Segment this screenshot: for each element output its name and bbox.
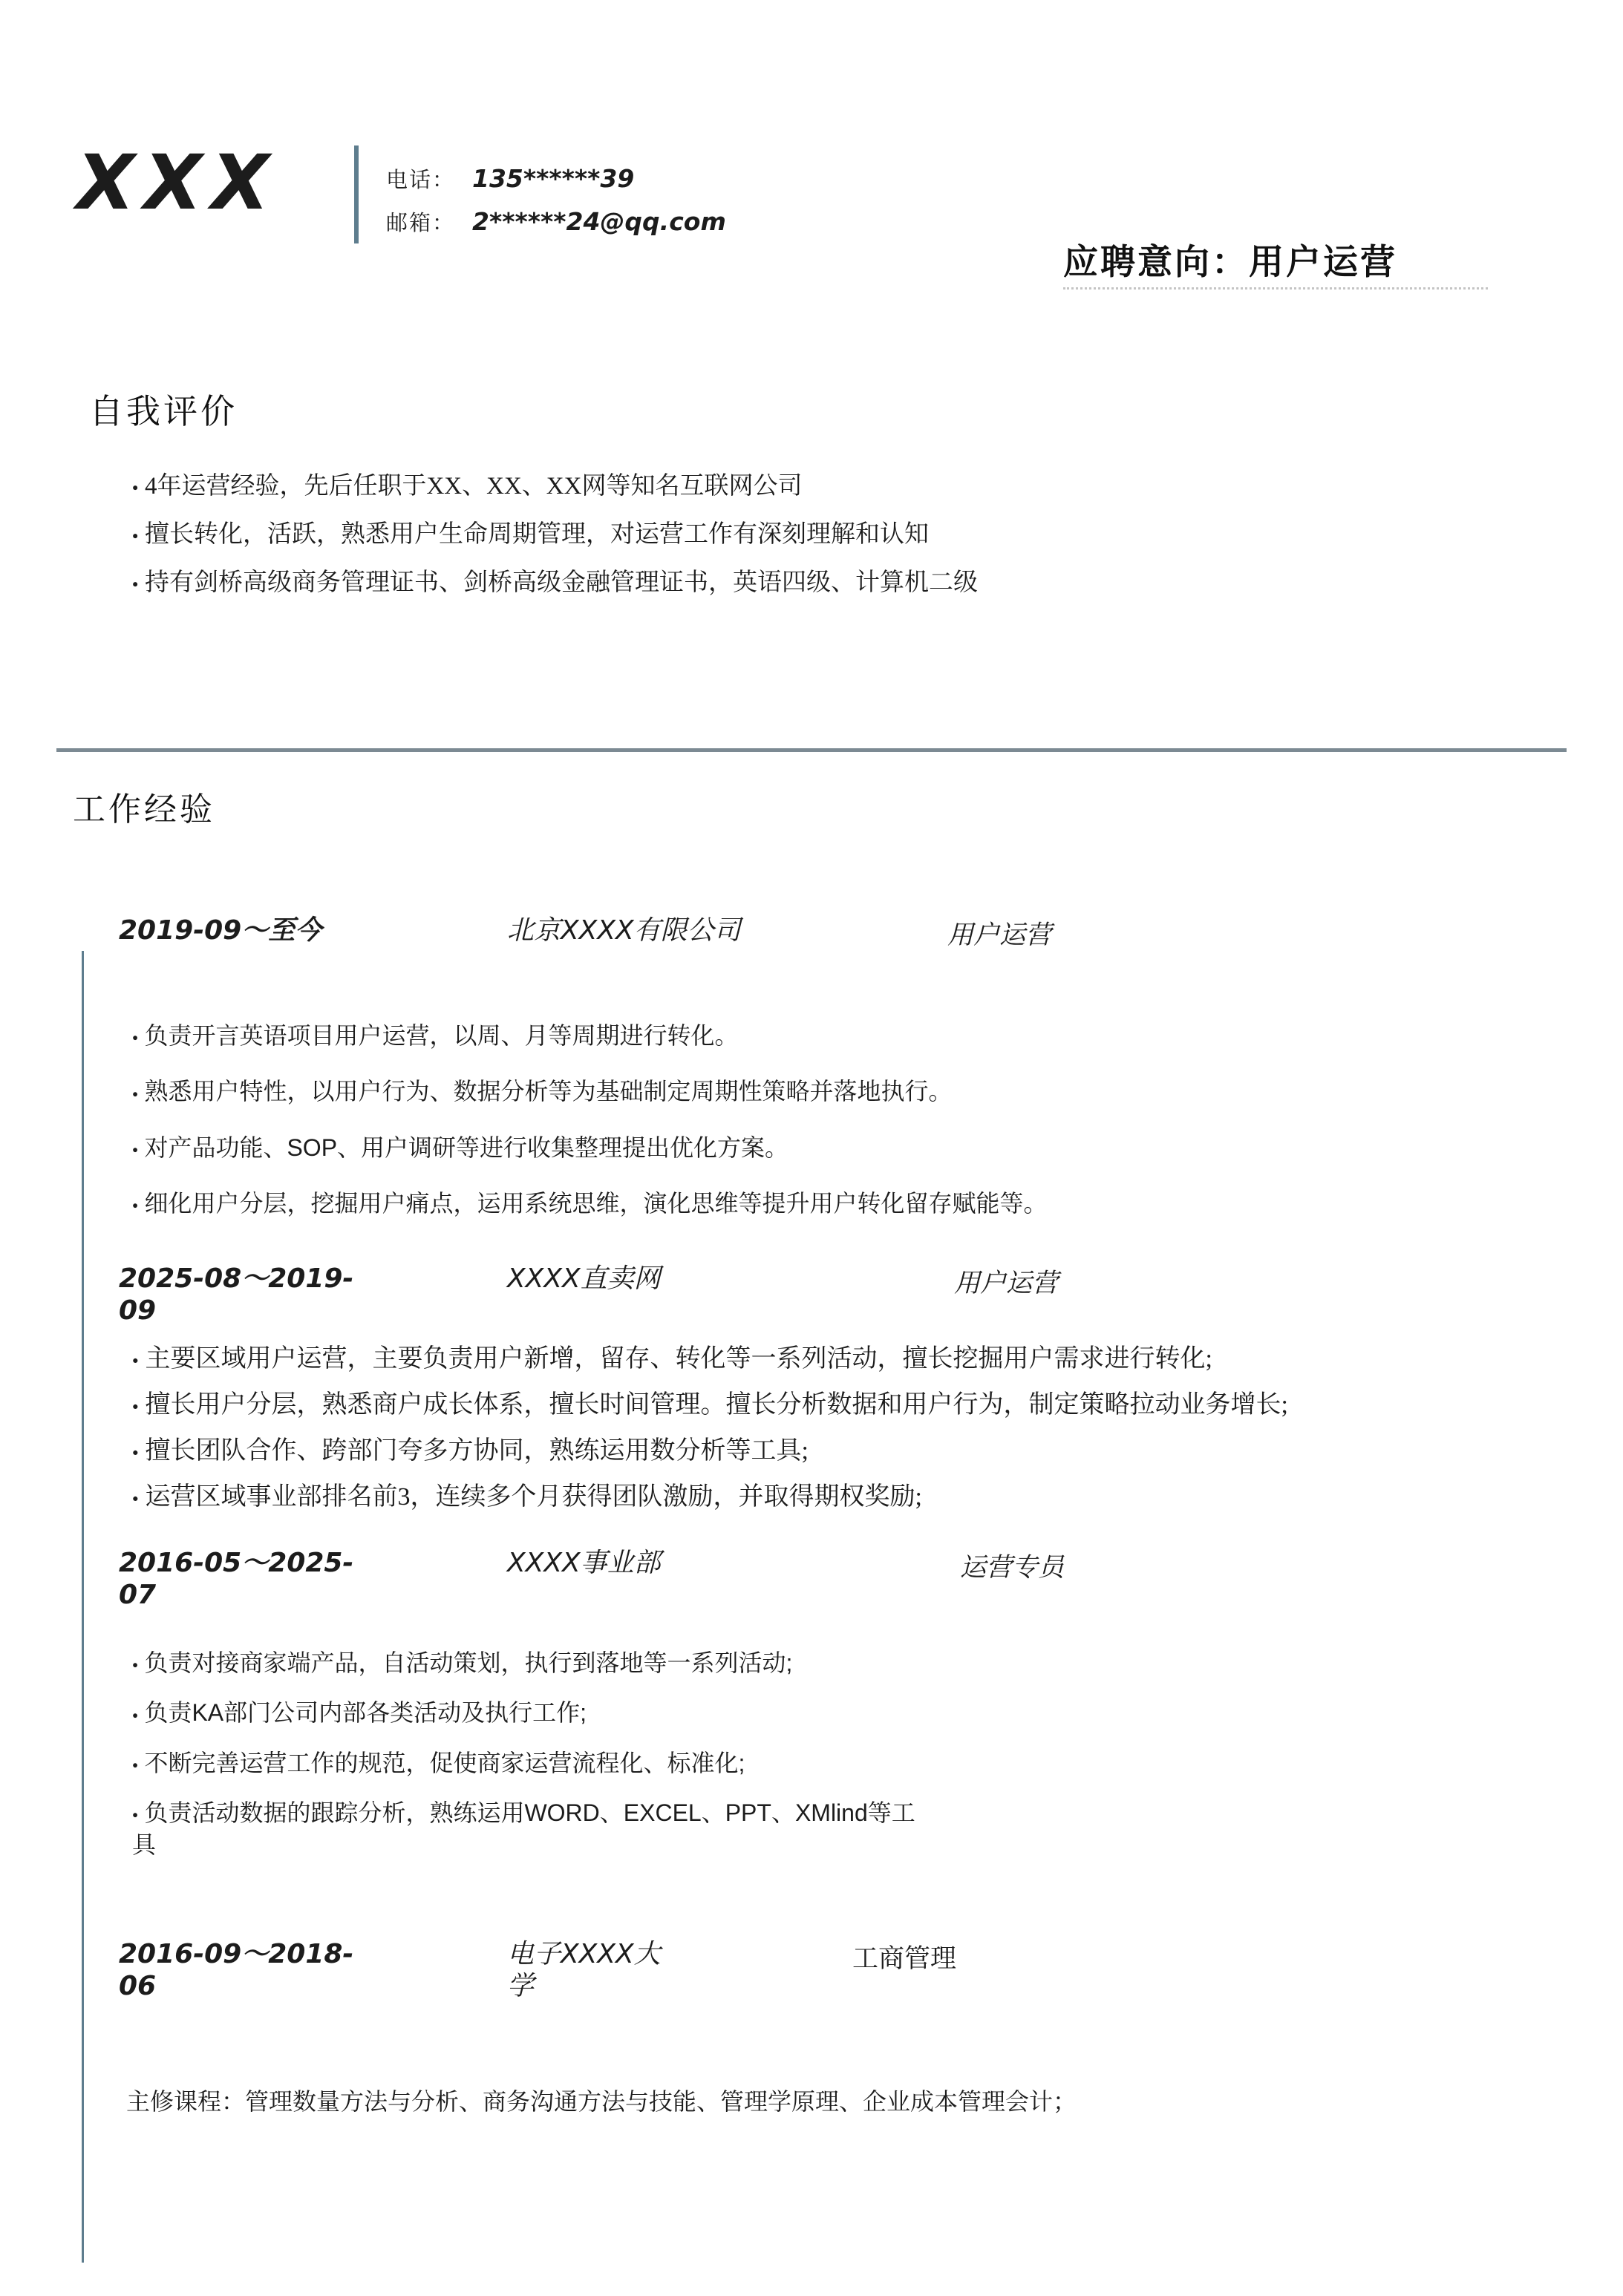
job-intent-underline	[1063, 287, 1488, 290]
education-courses: 主修课程：管理数量方法与分析、商务沟通方法与技能、管理学原理、企业成本管理会计；	[126, 2083, 1463, 2117]
list-item: 负责开言英语项目用户运营，以周、月等周期进行转化。	[132, 1021, 1290, 1053]
list-item: 熟悉用户特性，以用户行为、数据分析等为基础制定周期性策略并落地执行。	[132, 1076, 1290, 1108]
list-item: 负责KA部门公司内部各类活动及执行工作;	[132, 1698, 1290, 1730]
phone-value: 135******39	[472, 164, 634, 193]
education-entry: 2016-09～2018- 06 电子XXXX大 学 工商管理	[0, 1938, 1623, 2012]
self-evaluation-title: 自我评价	[89, 385, 238, 434]
list-item: 4年运营经验，先后任职于XX、XX、XX网等知名互联网公司	[132, 471, 1246, 503]
work-experience-title: 工作经验	[73, 782, 215, 830]
list-item: 擅长团队合作、跨部门夸多方协同，熟练运用数分析等工具;	[132, 1436, 1394, 1468]
education-school: 电子XXXX大 学	[507, 1938, 661, 2002]
job-role: 用户运营	[947, 915, 1051, 952]
email-label: 邮箱：	[386, 206, 472, 237]
education-period: 2016-09～2018- 06	[119, 1938, 353, 2002]
header-vertical-divider	[354, 145, 359, 243]
education-major: 工商管理	[852, 1938, 956, 1975]
email-value: 2******24@qq.com	[472, 207, 726, 236]
list-item: 不断完善运营工作的规范，促使商家运营流程化、标准化;	[132, 1748, 1290, 1780]
job-period: 2016-05～2025- 07	[119, 1547, 353, 1611]
candidate-name: XXX	[76, 145, 278, 221]
section-divider-line	[56, 748, 1567, 752]
job-entry: 2019-09～至今 北京XXXX有限公司 用户运营	[0, 915, 1623, 989]
list-item: 细化用户分层，挖掘用户痛点，运用系统思维，演化思维等提升用户转化留存赋能等。	[132, 1188, 1290, 1220]
job-company: XXXX事业部	[507, 1547, 661, 1579]
job-intent-title: 应聘意向：用户运营	[1063, 235, 1490, 284]
list-item: 对产品功能、SOP、用户调研等进行收集整理提出优化方案。	[132, 1133, 1290, 1165]
job-role: 运营专员	[960, 1547, 1064, 1584]
phone-label: 电话：	[386, 163, 472, 194]
job-bullet-list: 负责开言英语项目用户运营，以周、月等周期进行转化。 熟悉用户特性，以用户行为、数…	[132, 1021, 1290, 1244]
job-company: 北京XXXX有限公司	[507, 915, 741, 946]
job-period: 2019-09～至今	[119, 915, 321, 946]
job-period: 2025-08～2019- 09	[119, 1263, 353, 1327]
resume-page: XXX 电话： 135******39 邮箱： 2******24@qq.com…	[0, 0, 1623, 2296]
job-bullet-list: 主要区域用户运营，主要负责用户新增，留存、转化等一系列活动，擅长挖掘用户需求进行…	[132, 1344, 1394, 1528]
list-item: 持有剑桥高级商务管理证书、剑桥高级金融管理证书，英语四级、计算机二级	[132, 567, 1246, 600]
list-item: 负责对接商家端产品，自活动策划，执行到落地等一系列活动;	[132, 1648, 1290, 1680]
job-entry: 2016-05～2025- 07 XXXX事业部 运营专员	[0, 1547, 1623, 1621]
self-evaluation-list: 4年运营经验，先后任职于XX、XX、XX网等知名互联网公司 擅长转化，活跃，熟悉…	[132, 471, 1246, 615]
job-entry: 2025-08～2019- 09 XXXX直卖网 用户运营	[0, 1263, 1623, 1337]
job-company: XXXX直卖网	[507, 1263, 661, 1295]
list-item: 擅长转化，活跃，熟悉用户生命周期管理，对运营工作有深刻理解和认知	[132, 519, 1246, 552]
job-role: 用户运营	[954, 1263, 1058, 1300]
list-item: 擅长用户分层，熟悉商户成长体系，擅长时间管理。擅长分析数据和用户行为，制定策略拉…	[132, 1390, 1394, 1422]
contact-email-row: 邮箱： 2******24@qq.com	[386, 206, 726, 237]
list-item: 运营区域事业部排名前3，连续多个月获得团队激励，并取得期权奖励;	[132, 1482, 1394, 1514]
list-item: 负责活动数据的跟踪分析，熟练运用WORD、EXCEL、PPT、XMlind等工 …	[132, 1798, 1290, 1860]
contact-phone-row: 电话： 135******39	[386, 163, 726, 194]
job-bullet-list: 负责对接商家端产品，自活动策划，执行到落地等一系列活动; 负责KA部门公司内部各…	[132, 1648, 1290, 1878]
contact-block: 电话： 135******39 邮箱： 2******24@qq.com	[386, 163, 726, 237]
list-item: 主要区域用户运营，主要负责用户新增，留存、转化等一系列活动，擅长挖掘用户需求进行…	[132, 1344, 1394, 1376]
